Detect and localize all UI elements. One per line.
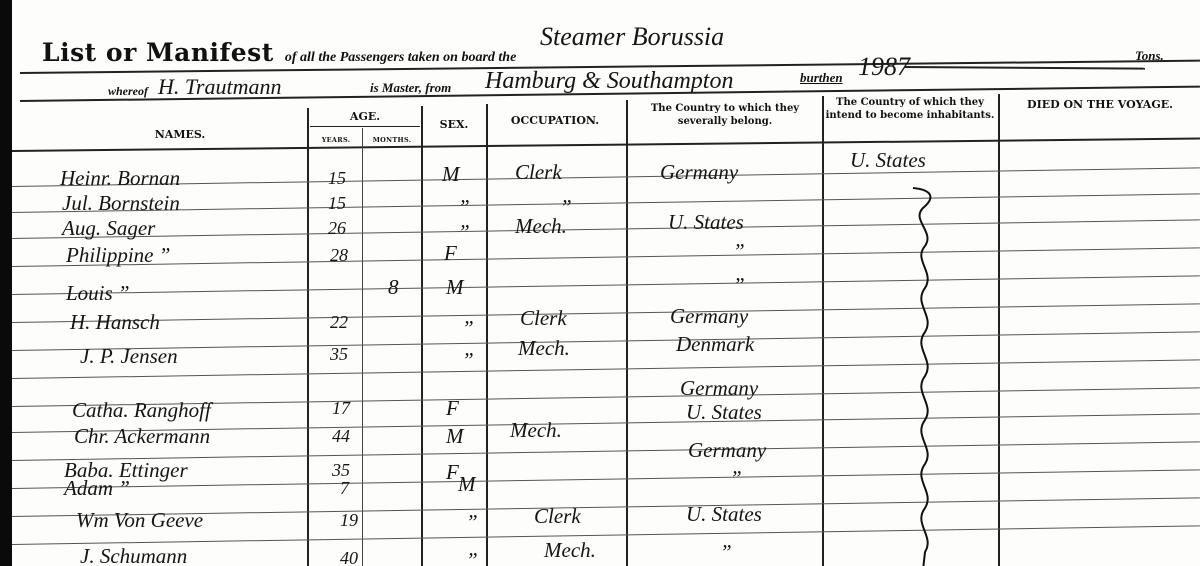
country-inhabit: U. States — [850, 148, 926, 173]
occupation: Mech. — [510, 418, 562, 443]
age-years: 15 — [328, 168, 346, 189]
burthen-dash — [905, 66, 1145, 70]
age-years: 28 — [330, 245, 348, 266]
age-years: 7 — [340, 478, 349, 499]
passenger-name: Adam ” — [64, 476, 130, 501]
table-row: Heinr. Bornan 15 M Clerk Germany U. Stat… — [0, 166, 1200, 192]
sex: ” — [466, 548, 478, 566]
table-row: H. Hansch 22 ” Clerk Germany — [0, 310, 1200, 336]
sex: F — [444, 241, 457, 266]
passenger-name: Louis ” — [66, 281, 130, 306]
age-years: 40 — [340, 548, 358, 566]
age-divider — [310, 126, 420, 127]
table-row: Catha. Ranghoff 17 F Germany — [0, 398, 1200, 424]
table-row: Baba. Ettinger 35 F Germany — [0, 458, 1200, 484]
burthen-value: 1987 — [858, 52, 910, 82]
sex: ” — [462, 316, 474, 341]
passenger-name: Catha. Ranghoff — [72, 398, 211, 423]
sex: ” — [458, 220, 470, 245]
passenger-name: H. Hansch — [70, 310, 160, 335]
table-row: J. P. Jensen 35 ” Mech. Denmark — [0, 340, 1200, 366]
age-years: 15 — [328, 193, 346, 214]
occupation: Clerk — [520, 306, 567, 331]
passenger-name: Jul. Bornstein — [62, 191, 180, 216]
table-row: Aug. Sager 26 ” Mech. U. States — [0, 216, 1200, 242]
country-belong: Germany — [660, 160, 738, 185]
col-died: DIED ON THE VOYAGE. — [1000, 98, 1200, 111]
sex: M — [458, 472, 476, 497]
age-years: 19 — [340, 510, 358, 531]
occupation: Mech. — [515, 214, 567, 239]
table-row: J. Schumann 40 ” Mech. ” — [0, 548, 1200, 566]
country-belong: Germany — [670, 304, 748, 329]
age-months: 8 — [388, 275, 399, 300]
table-row: Jul. Bornstein 15 ” ” — [0, 191, 1200, 217]
passenger-name: Aug. Sager — [62, 216, 155, 241]
country-belong: Germany — [688, 438, 766, 463]
age-years: 35 — [330, 344, 348, 365]
title-mid: of all the Passengers taken on board the — [285, 50, 516, 65]
passenger-name: Chr. Ackermann — [74, 424, 210, 449]
country-belong: ” — [730, 466, 742, 491]
whereof-label: whereof — [108, 84, 148, 99]
table-row: Wm Von Geeve 19 ” Clerk U. States — [0, 518, 1200, 544]
table-row: Philippine ” 28 F ” — [0, 243, 1200, 269]
country-belong: ” — [720, 540, 732, 565]
country-belong: U. States — [686, 400, 762, 425]
burthen-label: burthen — [800, 70, 843, 86]
passenger-name: Heinr. Bornan — [60, 166, 180, 191]
country-belong: U. States — [686, 502, 762, 527]
passenger-name: Philippine ” — [66, 243, 170, 268]
manifest-title: List or Manifest of all the Passengers t… — [42, 38, 516, 67]
occupation: Mech. — [544, 538, 596, 563]
country-belong: U. States — [668, 210, 744, 235]
master-label: is Master, from — [370, 80, 451, 96]
col-sex: SEX. — [424, 118, 484, 131]
occupation: Mech. — [518, 336, 570, 361]
occupation: Clerk — [534, 504, 581, 529]
passenger-name: Wm Von Geeve — [76, 508, 203, 533]
age-years: 44 — [332, 426, 350, 447]
country-belong: Germany — [680, 376, 758, 401]
col-months: MONTHS. — [364, 134, 420, 147]
sex: F — [446, 396, 459, 421]
col-country-inhabit: The Country of which they intend to beco… — [824, 96, 996, 122]
col-country-belong: The Country to which they severally belo… — [630, 102, 820, 128]
country-belong: ” — [733, 273, 745, 298]
col-years: YEARS. — [310, 134, 362, 147]
vessel-name: Steamer Borussia — [540, 22, 724, 52]
age-years: 22 — [330, 312, 348, 333]
table-row: Louis ” 8 M ” — [0, 271, 1200, 297]
age-years: 17 — [332, 398, 350, 419]
passenger-name: J. Schumann — [80, 544, 187, 566]
country-belong: ” — [733, 239, 745, 264]
country-belong: Denmark — [676, 332, 754, 357]
passenger-name: J. P. Jensen — [80, 344, 178, 369]
table-row: Chr. Ackermann 44 M Mech. U. States — [0, 424, 1200, 450]
sex: M — [442, 162, 460, 187]
sex: F — [446, 460, 459, 485]
sex: M — [446, 424, 464, 449]
age-years: 26 — [328, 218, 346, 239]
col-names: NAMES. — [130, 128, 230, 141]
col-occupation: OCCUPATION. — [490, 114, 620, 127]
sex: ” — [466, 510, 478, 535]
sex: ” — [462, 348, 474, 373]
sex: M — [446, 275, 464, 300]
col-age: AGE. — [310, 110, 420, 123]
occupation: Clerk — [515, 160, 562, 185]
title-prefix: List or Manifest — [42, 38, 274, 67]
